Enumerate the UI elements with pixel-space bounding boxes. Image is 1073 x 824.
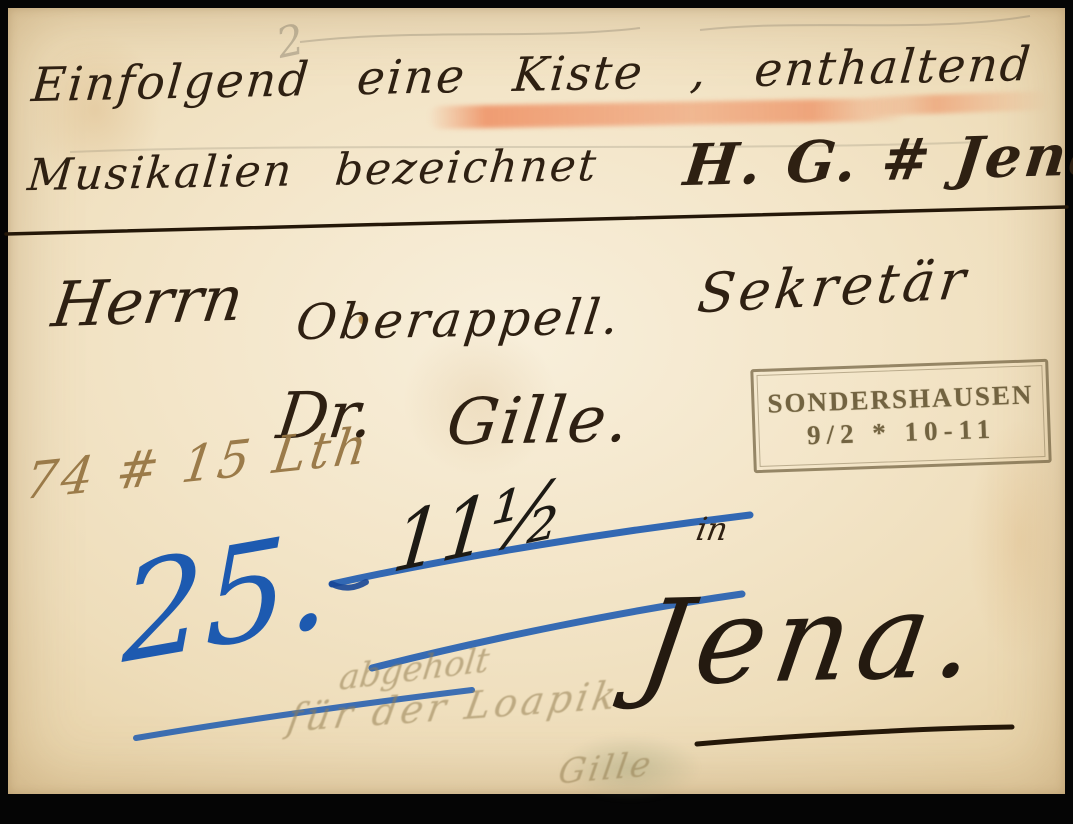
postmark-inner-frame: SONDERSHAUSEN 9/2 * 10-11 bbox=[756, 365, 1045, 467]
postmark-box: SONDERSHAUSEN 9/2 * 10-11 bbox=[750, 359, 1051, 473]
address-name: Gille. bbox=[443, 383, 635, 460]
address-title: Oberappell. bbox=[293, 288, 625, 351]
postmark-date-time: 9/2 * 10-11 bbox=[807, 414, 997, 452]
address-salutation: Herrn bbox=[48, 261, 248, 341]
destination-city: Jena. bbox=[631, 565, 993, 713]
cover-photo: Einfolgend eine Kiste , enthaltend Musik… bbox=[0, 0, 1073, 824]
docket-line-2-right: H. G. # Jena. bbox=[680, 120, 1073, 199]
docket-line-2-left: Musikalien bezeichnet bbox=[26, 140, 600, 201]
